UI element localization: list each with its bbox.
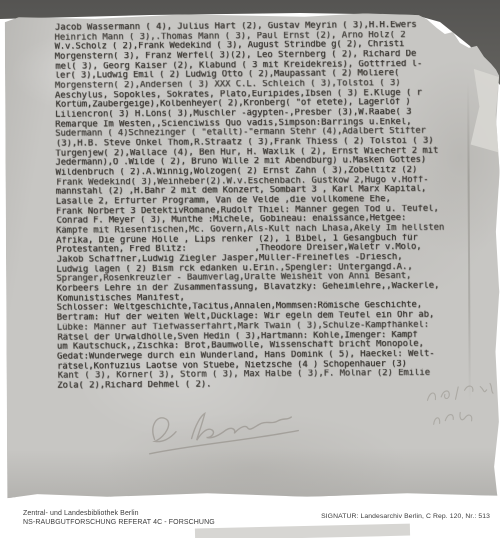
scanned-document-page: Jacob Wassermann ( 4), Julius Hart (2), …: [0, 0, 500, 538]
archive-signature-caption: SIGNATUR: Landesarchiv Berlin, C Rep. 12…: [321, 513, 490, 520]
typewritten-text-block: Jacob Wassermann ( 4), Julius Hart (2), …: [54, 20, 481, 391]
scan-artifact-strip: [195, 524, 410, 538]
document-paper: Jacob Wassermann ( 4), Julius Hart (2), …: [5, 12, 500, 499]
department-name: NS-RAUBGUTFORSCHUNG REFERAT 4C - FORSCHU…: [23, 519, 215, 528]
library-caption: Zentral- und Landesbibliothek Berlin NS-…: [23, 510, 215, 527]
library-name: Zentral- und Landesbibliothek Berlin: [23, 510, 215, 519]
handwritten-signature: [134, 392, 313, 465]
